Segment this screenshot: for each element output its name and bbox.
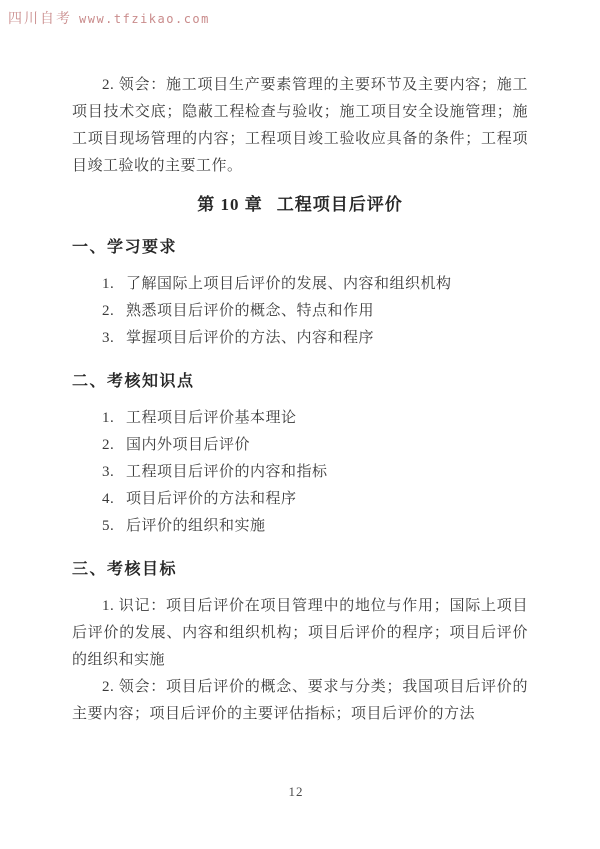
item-text: 掌握项目后评价的方法、内容和程序: [126, 325, 374, 352]
list-item: 2. 熟悉项目后评价的概念、特点和作用: [72, 298, 528, 325]
item-number: 3.: [102, 459, 126, 486]
section-heading: 三、考核目标: [72, 558, 528, 582]
section-heading: 一、学习要求: [72, 236, 528, 260]
carryover-paragraph: 2. 领会：施工项目生产要素管理的主要环节及主要内容；施工项目技术交底；隐蔽工程…: [72, 72, 528, 180]
list-item: 1. 工程项目后评价基本理论: [72, 405, 528, 432]
item-number: 1.: [102, 271, 126, 298]
knowledge-points-list: 1. 工程项目后评价基本理论 2. 国内外项目后评价 3. 工程项目后评价的内容…: [72, 405, 528, 540]
chapter-title-text: 工程项目后评价: [277, 195, 403, 214]
watermark-url: www.tfzikao.com: [79, 12, 210, 26]
list-item: 3. 工程项目后评价的内容和指标: [72, 459, 528, 486]
item-number: 1.: [102, 405, 126, 432]
item-number: 3.: [102, 325, 126, 352]
item-text: 工程项目后评价的内容和指标: [126, 459, 328, 486]
section-assessment-knowledge-points: 二、考核知识点 1. 工程项目后评价基本理论 2. 国内外项目后评价 3. 工程…: [72, 370, 528, 540]
section-heading: 二、考核知识点: [72, 370, 528, 394]
item-number: 2.: [102, 298, 126, 325]
watermark-site-name: 四川自考: [8, 12, 72, 27]
goal-paragraph-comprehend: 2. 领会：项目后评价的概念、要求与分类；我国项目后评价的主要内容；项目后评价的…: [72, 674, 528, 728]
list-item: 2. 国内外项目后评价: [72, 432, 528, 459]
item-text: 工程项目后评价基本理论: [126, 405, 297, 432]
list-item: 1. 了解国际上项目后评价的发展、内容和组织机构: [72, 271, 528, 298]
watermark: 四川自考www.tfzikao.com: [8, 8, 210, 28]
item-text: 熟悉项目后评价的概念、特点和作用: [126, 298, 374, 325]
document-page: 四川自考www.tfzikao.com 2. 领会：施工项目生产要素管理的主要环…: [0, 0, 600, 849]
list-item: 3. 掌握项目后评价的方法、内容和程序: [72, 325, 528, 352]
item-number: 4.: [102, 486, 126, 513]
section-study-requirements: 一、学习要求 1. 了解国际上项目后评价的发展、内容和组织机构 2. 熟悉项目后…: [72, 236, 528, 352]
list-item: 4. 项目后评价的方法和程序: [72, 486, 528, 513]
page-number: 12: [0, 784, 592, 800]
item-number: 2.: [102, 432, 126, 459]
list-item: 5. 后评价的组织和实施: [72, 513, 528, 540]
section-assessment-goals: 三、考核目标 1. 识记：项目后评价在项目管理中的地位与作用；国际上项目后评价的…: [72, 558, 528, 728]
chapter-number: 第 10 章: [197, 195, 263, 214]
item-text: 了解国际上项目后评价的发展、内容和组织机构: [126, 271, 452, 298]
chapter-title: 第 10 章工程项目后评价: [72, 192, 528, 218]
study-requirements-list: 1. 了解国际上项目后评价的发展、内容和组织机构 2. 熟悉项目后评价的概念、特…: [72, 271, 528, 352]
item-text: 项目后评价的方法和程序: [126, 486, 297, 513]
goal-paragraph-recognize: 1. 识记：项目后评价在项目管理中的地位与作用；国际上项目后评价的发展、内容和组…: [72, 593, 528, 674]
item-number: 5.: [102, 513, 126, 540]
item-text: 国内外项目后评价: [126, 432, 250, 459]
page-content: 2. 领会：施工项目生产要素管理的主要环节及主要内容；施工项目技术交底；隐蔽工程…: [72, 72, 528, 728]
item-text: 后评价的组织和实施: [126, 513, 266, 540]
